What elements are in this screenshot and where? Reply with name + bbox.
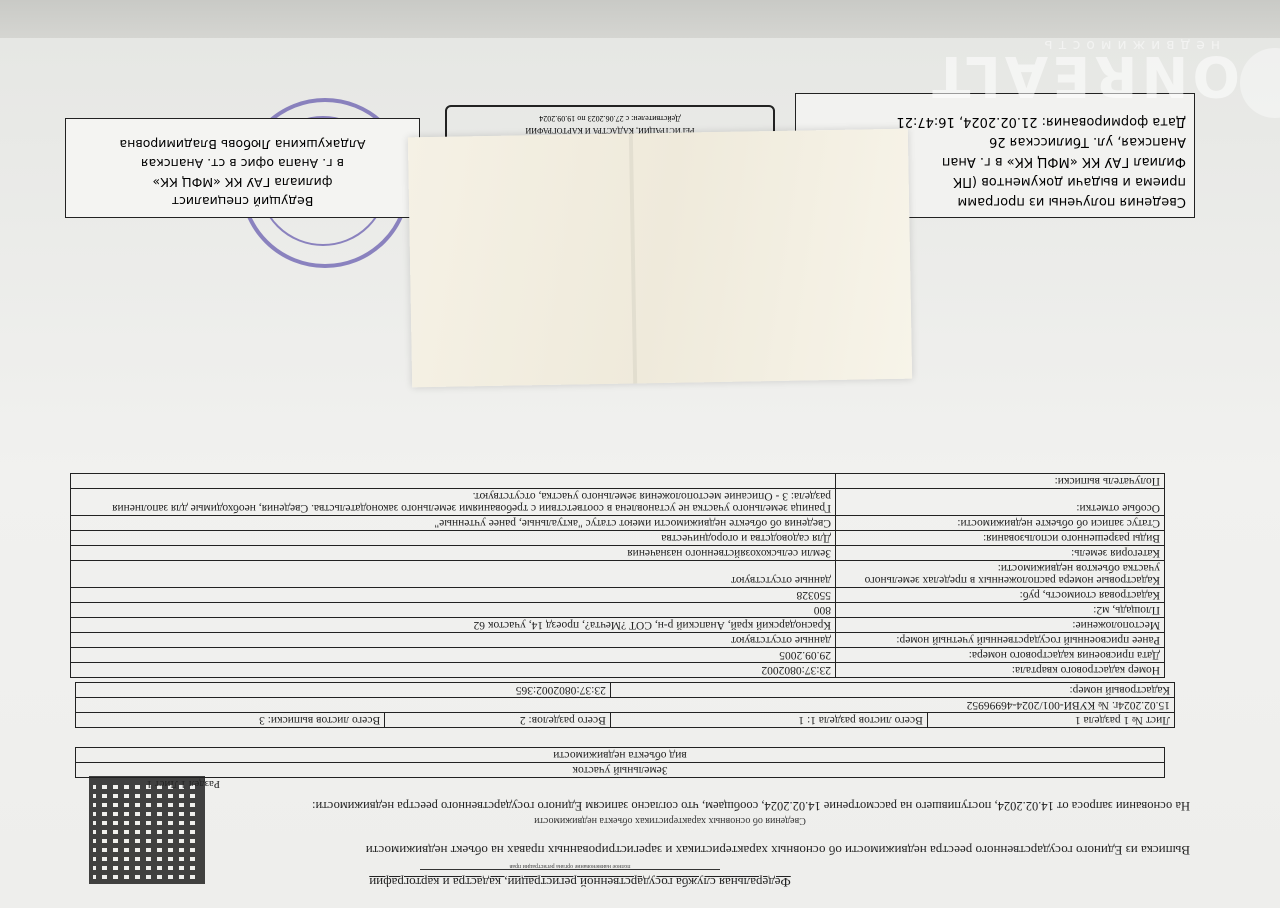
signature-validity: Действителен: с 27.06.2023 по 19.09.2024 (447, 112, 773, 124)
table-row: Особые отметки:Граница земельного участк… (71, 489, 1165, 516)
basis-text: На основании запроса от 14.02.2024, пост… (110, 798, 1190, 813)
specialist-box: Ведущий специалист филиала ГАУ КК «МФЦ К… (65, 118, 420, 218)
extract-number: 15.02.2024г. № КУВИ-001/2024-46996952 (76, 698, 1175, 713)
table-row: Статус записи об объекте недвижимости:Св… (71, 516, 1165, 531)
row-label: Площадь, м2: (836, 603, 1165, 618)
table-row: Площадь, м2:800 (71, 603, 1165, 618)
table-row: Кадастровая стоимость, руб:550328 (71, 588, 1165, 603)
row-label: Получатель выписки: (836, 474, 1165, 489)
cadastral-label: Кадастровый номер: (610, 683, 1174, 698)
document-subtitle: Сведения об основных характеристиках объ… (370, 815, 970, 826)
sheet-info-table: Лист № 1 раздела 1 Всего листов раздела … (75, 682, 1175, 728)
row-value: Граница земельного участка не установлен… (71, 489, 836, 516)
table-row: Получатель выписки: (71, 474, 1165, 489)
row-value: 23:37:0802002 (71, 663, 836, 678)
sections-count: Всего разделов: 2 (385, 713, 611, 728)
sheets-total: Всего листов выписки: 3 (76, 713, 385, 728)
sheet-number: Лист № 1 раздела 1 (927, 713, 1174, 728)
row-label: Категория земель: (836, 546, 1165, 561)
specialist-line: в г. Анапа офис в ст. Анапская (74, 154, 411, 173)
row-label: Кадастровая стоимость, руб: (836, 588, 1165, 603)
napkin-cover (408, 129, 912, 388)
specialist-name: Алдакушкина Любовь Владимировна (74, 135, 411, 154)
specialist-line: Ведущий специалист (74, 192, 411, 211)
characteristics-table: Номер кадастрового квартала:23:37:080200… (70, 473, 1165, 678)
cadastral-value: 23:37:0802002:365 (76, 683, 611, 698)
table-row: Дата присвоения кадастрового номера:29.0… (71, 648, 1165, 663)
document-photo: Федеральная служба государственной регис… (0, 0, 1280, 908)
row-value: 29.09.2005 (71, 648, 836, 663)
faded-back-text (70, 253, 460, 373)
row-value: Краснодарский край, Анапский р-н, СОТ ?М… (71, 618, 836, 633)
row-value: данные отсутствуют (71, 633, 836, 648)
row-value: данные отсутствуют (71, 561, 836, 588)
table-row: Кадастровые номера расположенных в преде… (71, 561, 1165, 588)
row-label: Номер кадастрового квартала: (836, 663, 1165, 678)
row-value: Для садоводства и огородничества (71, 531, 836, 546)
qr-code-icon (89, 776, 205, 884)
row-label: Местоположение: (836, 618, 1165, 633)
specialist-line: филиала ГАУ КК «МФЦ КК» (74, 173, 411, 192)
table-row: Ранее присвоенный государственный учетны… (71, 633, 1165, 648)
row-label: Дата присвоения кадастрового номера: (836, 648, 1165, 663)
agency-name: Федеральная служба государственной регис… (300, 874, 860, 890)
section-label: Раздел 1 Лист 1 (147, 778, 220, 790)
object-type-caption: вид объекта недвижимости (76, 748, 1165, 763)
watermark-sub: недвижимость (1038, 37, 1220, 53)
agency-caption: полное наименование органа регистрации п… (420, 863, 720, 870)
table-row: Номер кадастрового квартала:23:37:080200… (71, 663, 1165, 678)
row-value: Земли сельскохозяйственного назначения (71, 546, 836, 561)
row-value (71, 474, 836, 489)
row-label: Статус записи об объекте недвижимости: (836, 516, 1165, 531)
table-row: Категория земель:Земли сельскохозяйствен… (71, 546, 1165, 561)
table-row: Местоположение:Краснодарский край, Анапс… (71, 618, 1165, 633)
row-label: Особые отметки: (836, 489, 1165, 516)
row-label: Виды разрешенного использования: (836, 531, 1165, 546)
sheets-in-section: Всего листов раздела 1: 1 (610, 713, 927, 728)
object-type-value: Земельный участок (76, 763, 1165, 778)
document-title: Выписка из Единого государственного реес… (90, 842, 1190, 858)
row-label: Ранее присвоенный государственный учетны… (836, 633, 1165, 648)
row-value: 800 (71, 603, 836, 618)
table-row: Виды разрешенного использования:Для садо… (71, 531, 1165, 546)
row-value: Сведения об объекте недвижимости имеют с… (71, 516, 836, 531)
object-type-table: Земельный участок вид объекта недвижимос… (75, 747, 1165, 778)
formation-date: Дата формирования: 21.02.2024, 16:47:21 (804, 111, 1186, 131)
row-value: 550328 (71, 588, 836, 603)
row-label: Кадастровые номера расположенных в преде… (836, 561, 1165, 588)
